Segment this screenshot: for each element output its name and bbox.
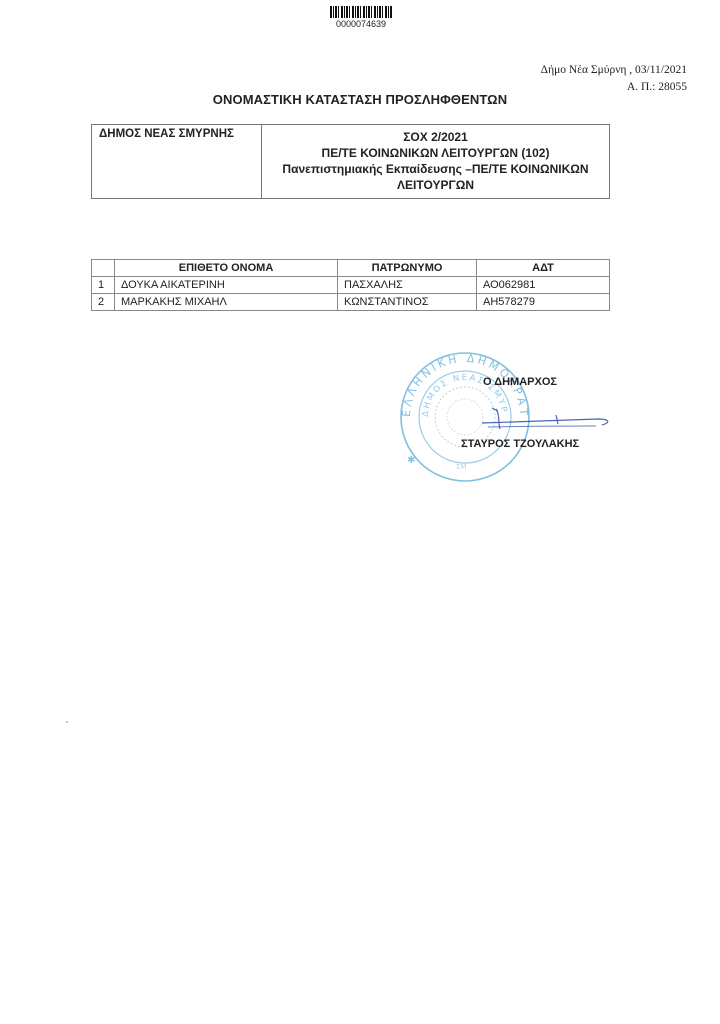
header-adt: ΑΔΤ [477, 260, 610, 277]
row-num: 1 [92, 277, 115, 294]
education-line-2: ΛΕΙΤΟΥΡΓΩΝ [262, 177, 609, 193]
row-name: ΜΑΡΚΑΚΗΣ ΜΙΧΑΗΛ [115, 294, 338, 311]
svg-text:ΣΜ: ΣΜ [456, 463, 466, 471]
signature-icon [478, 405, 618, 435]
municipality-cell: ΔΗΜΟΣ ΝΕΑΣ ΣΜΥΡΝΗΣ [92, 125, 262, 199]
barcode: 0000074639 [316, 6, 406, 29]
header-name: ΕΠΙΘΕΤΟ ΟΝΟΜΑ [115, 260, 338, 277]
header-father: ΠΑΤΡΩΝΥΜΟ [338, 260, 477, 277]
specialty: ΠΕ/ΤΕ ΚΟΙΝΩΝΙΚΩΝ ΛΕΙΤΟΥΡΓΩΝ (102) [262, 145, 609, 161]
header-num [92, 260, 115, 277]
education-line-1: Πανεπιστημιακής Εκπαίδευσης –ΠΕ/ΤΕ ΚΟΙΝΩ… [262, 161, 609, 177]
row-adt: ΑΗ578279 [477, 294, 610, 311]
mayor-title: Ο ΔΗΜΑΡΧΟΣ [483, 376, 557, 388]
table-row: 1 ΔΟΥΚΑ ΑΙΚΑΤΕΡΙΝΗ ΠΑΣΧΑΛΗΣ ΑΟ062981 [92, 277, 610, 294]
svg-text:✱: ✱ [407, 455, 415, 466]
document-title: ΟΝΟΜΑΣΤΙΚΗ ΚΑΤΑΣΤΑΣΗ ΠΡΟΣΛΗΦΘΕΝΤΩΝ [0, 92, 720, 107]
mayor-name: ΣΤΑΥΡΟΣ ΤΖΟΥΛΑΚΗΣ [461, 438, 579, 450]
table-row: 2 ΜΑΡΚΑΚΗΣ ΜΙΧΑΗΛ ΚΩΝΣΤΑΝΤΙΝΟΣ ΑΗ578279 [92, 294, 610, 311]
position-cell: ΣΟΧ 2/2021 ΠΕ/ΤΕ ΚΟΙΝΩΝΙΚΩΝ ΛΕΙΤΟΥΡΓΩΝ (… [262, 125, 610, 199]
row-adt: ΑΟ062981 [477, 277, 610, 294]
place-date: Δήμο Νέα Σμύρνη , 03/11/2021 [541, 62, 687, 79]
barcode-number: 0000074639 [316, 19, 406, 29]
row-father: ΚΩΝΣΤΑΝΤΙΝΟΣ [338, 294, 477, 311]
info-table: ΔΗΜΟΣ ΝΕΑΣ ΣΜΥΡΝΗΣ ΣΟΧ 2/2021 ΠΕ/ΤΕ ΚΟΙΝ… [91, 124, 610, 199]
table-header-row: ΕΠΙΘΕΤΟ ΟΝΟΜΑ ΠΑΤΡΩΝΥΜΟ ΑΔΤ [92, 260, 610, 277]
announcement-code: ΣΟΧ 2/2021 [262, 129, 609, 145]
row-father: ΠΑΣΧΑΛΗΣ [338, 277, 477, 294]
hires-table: ΕΠΙΘΕΤΟ ΟΝΟΜΑ ΠΑΤΡΩΝΥΜΟ ΑΔΤ 1 ΔΟΥΚΑ ΑΙΚΑ… [91, 259, 610, 311]
scan-speck [66, 721, 68, 723]
row-name: ΔΟΥΚΑ ΑΙΚΑΤΕΡΙΝΗ [115, 277, 338, 294]
place-date-block: Δήμο Νέα Σμύρνη , 03/11/2021 Α. Π.: 2805… [541, 62, 687, 96]
barcode-bars [316, 6, 406, 18]
row-num: 2 [92, 294, 115, 311]
